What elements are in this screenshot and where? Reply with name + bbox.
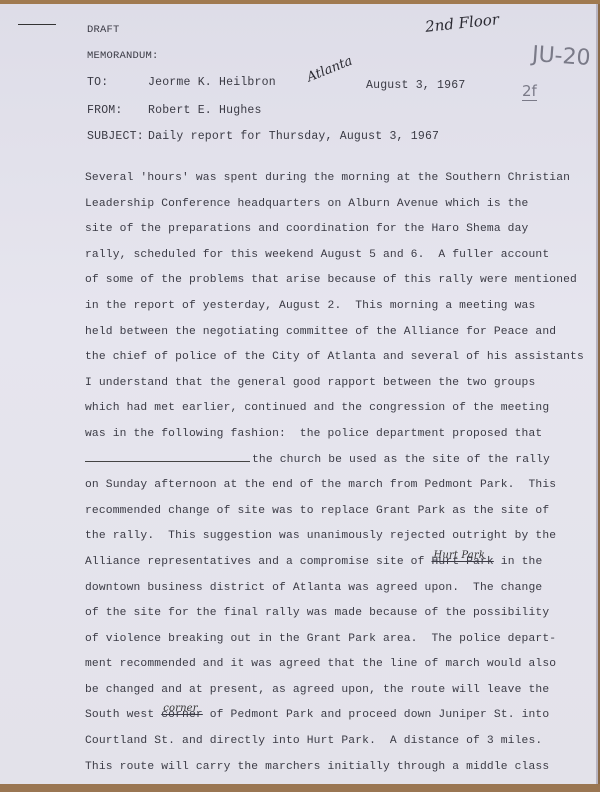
handwritten-floor-note: 2nd Floor: [424, 10, 499, 36]
body-line: site of the preparations and coordinatio…: [85, 217, 584, 243]
body-line: in the report of yesterday, August 2. Th…: [85, 294, 584, 320]
handwritten-subcode: 2f: [522, 82, 537, 101]
body-line: Several 'hours' was spent during the mor…: [85, 166, 584, 192]
body-line: which had met earlier, continued and the…: [85, 396, 584, 422]
body-line: Courtland St. and directly into Hurt Par…: [85, 729, 584, 755]
to-label: TO:: [87, 76, 108, 89]
desk-edge-bottom: [0, 784, 600, 792]
body-line: downtown business district of Atlanta wa…: [85, 576, 584, 602]
body-line: the chief of police of the City of Atlan…: [85, 345, 584, 371]
body-line-blank: the church be used as the site of the ra…: [85, 448, 584, 474]
body-line: I understand that the general good rappo…: [85, 371, 584, 397]
body-line: rally, scheduled for this weekend August…: [85, 243, 584, 269]
memorandum-label: MEMORANDUM:: [87, 50, 159, 62]
subject-label: SUBJECT:: [87, 130, 144, 143]
blank-underline: [85, 451, 250, 462]
memo-page: DRAFT MEMORANDUM: TO: Jeorme K. Heilbron…: [0, 4, 598, 784]
body-line: held between the negotiating committee o…: [85, 320, 584, 346]
subject-value: Daily report for Thursday, August 3, 196…: [148, 130, 439, 143]
margin-dash: [18, 24, 56, 25]
draft-label: DRAFT: [87, 24, 120, 36]
memo-body: Several 'hours' was spent during the mor…: [85, 166, 584, 780]
body-line: of violence breaking out in the Grant Pa…: [85, 627, 584, 653]
body-line: ment recommended and it was agreed that …: [85, 652, 584, 678]
body-line: Leadership Conference headquarters on Al…: [85, 192, 584, 218]
hurt-park-insert: Hurt ParkHurt Park: [431, 556, 493, 568]
from-value: Robert E. Hughes: [148, 104, 262, 117]
from-label: FROM:: [87, 104, 123, 117]
corner-insert: cornercorner: [161, 709, 203, 721]
body-line: of the site for the final rally was made…: [85, 601, 584, 627]
to-value: Jeorme K. Heilbron: [148, 76, 276, 89]
body-line: of some of the problems that arise becau…: [85, 268, 584, 294]
body-line: the rally. This suggestion was unanimous…: [85, 524, 584, 550]
body-line: on Sunday afternoon at the end of the ma…: [85, 473, 584, 499]
body-line: recommended change of site was to replac…: [85, 499, 584, 525]
body-line-insert: Alliance representatives and a compromis…: [85, 550, 584, 576]
handwritten-atlanta: Atlanta: [305, 54, 355, 86]
body-line-insert: South west cornercorner of Pedmont Park …: [85, 703, 584, 729]
body-line: This route will carry the marchers initi…: [85, 755, 584, 781]
memo-date: August 3, 1967: [366, 79, 465, 92]
handwritten-code: JU-20: [531, 42, 591, 71]
body-line: be changed and at present, as agreed upo…: [85, 678, 584, 704]
body-line: was in the following fashion: the police…: [85, 422, 584, 448]
